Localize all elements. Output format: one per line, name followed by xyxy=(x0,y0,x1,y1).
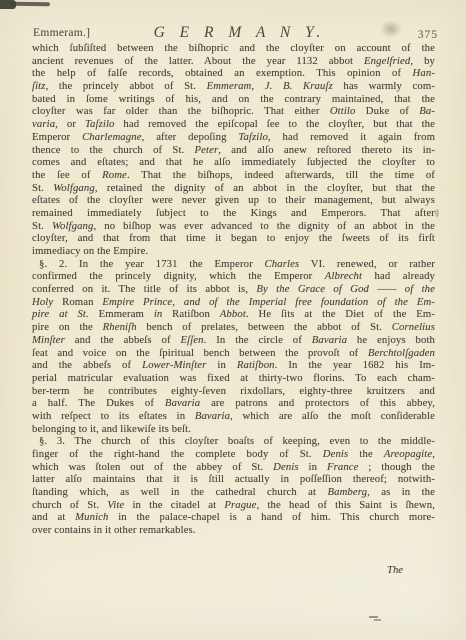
text-line: confirmed the princely dignity, which th… xyxy=(32,270,435,283)
text-line: ſtanding which, as well in the cathedral… xyxy=(32,486,435,499)
body-text: which ſubſiſted between the biſhopric an… xyxy=(32,42,435,537)
text-line: bated in ſome writings of his, and on th… xyxy=(32,93,435,106)
text-line: and at Munich in the palace-chapel is a … xyxy=(32,511,435,524)
text-line: Holy Roman Empire Prince, and of the Imp… xyxy=(32,296,435,309)
scan-mark-bottom-right-2 xyxy=(374,619,381,621)
text-line: ſitz, the princely abbot of St. Emmeram,… xyxy=(32,80,435,93)
text-line: the ſee of Rome. That the biſhops, indee… xyxy=(32,169,435,182)
text-line: ſeat and voice on the ſpiritual bench be… xyxy=(32,347,435,360)
text-line: perial matricular evaluation was fixed a… xyxy=(32,372,435,385)
text-line: with reſpect to its eſtates in Bavaria, … xyxy=(32,410,435,423)
text-line: eſtates of the cloyſter were never given… xyxy=(32,194,435,207)
text-line: §. 3. The church of this cloyſter boaſts… xyxy=(32,435,435,448)
text-line: and the abbeſs of Lower-Minſter in Ratiſ… xyxy=(32,359,435,372)
text-line: Emperor Charlemagne, after depoſing Taſz… xyxy=(32,131,435,144)
text-line: ber-term he contributes eighty-ſeven rix… xyxy=(32,385,435,398)
text-line: ancient revenues of the latter. About th… xyxy=(32,55,435,68)
catchword: The xyxy=(387,564,403,576)
text-line: which ſubſiſted between the biſhopric an… xyxy=(32,42,435,55)
scan-mark-bottom-right xyxy=(369,616,378,618)
text-line: which was ſtolen out of the abbey of St.… xyxy=(32,461,435,474)
text-line: latter alſo maintains that it is ſtill a… xyxy=(32,473,435,486)
text-line: conferred on it. The title of its abbot … xyxy=(32,283,435,296)
text-line: §. 2. In the year 1731 the Emperor Charl… xyxy=(32,258,435,271)
text-line: remained immediately ſubject to the King… xyxy=(32,207,435,220)
text-line: pire at St. Emmeram in Ratiſbon Abbot. H… xyxy=(32,308,435,321)
scan-spot-right-edge xyxy=(435,209,439,217)
page-number: 375 xyxy=(418,29,438,41)
text-line: finger of the right-hand the complete bo… xyxy=(32,448,435,461)
text-line: cloyſter was far older than the biſhopri… xyxy=(32,105,435,118)
text-line: cloyſter, and that from that time it beg… xyxy=(32,232,435,245)
scan-artifact-top-left-line xyxy=(10,2,50,6)
text-line: over contains in it other remarkables. xyxy=(32,524,435,537)
text-line: church of St. Vite in the citadel at Pra… xyxy=(32,499,435,512)
text-line: belonging to it, and likewiſe its beſt. xyxy=(32,423,435,436)
text-line: Minſter and the abbeſs of Eſſen. In the … xyxy=(32,334,435,347)
book-page-scan: Emmeram.] G E R M A N Y. 375 which ſubſi… xyxy=(0,0,466,640)
text-line: pire on the Rheniſh bench of prelates, b… xyxy=(32,321,435,334)
text-line: immediacy on the Empire. xyxy=(32,245,435,258)
text-line: St. Wolfgang, retained the dignity of an… xyxy=(32,182,435,195)
text-line: a half. The Dukes of Bavaria are patrons… xyxy=(32,397,435,410)
running-header: Emmeram.] G E R M A N Y. 375 xyxy=(33,24,438,42)
text-line: thence to the church of St. Peter, and a… xyxy=(32,144,435,157)
text-line: St. Wolfgang, no biſhop was ever advance… xyxy=(32,220,435,233)
signature-mark: Emmeram.] xyxy=(33,27,90,39)
text-line: varia, or Taſzilo had removed the epiſco… xyxy=(32,118,435,131)
text-line: the help of falſe records, obtained an e… xyxy=(32,67,435,80)
text-line: comes and eſtates; and that he alſo imme… xyxy=(32,156,435,169)
page-title: G E R M A N Y. xyxy=(154,24,325,42)
